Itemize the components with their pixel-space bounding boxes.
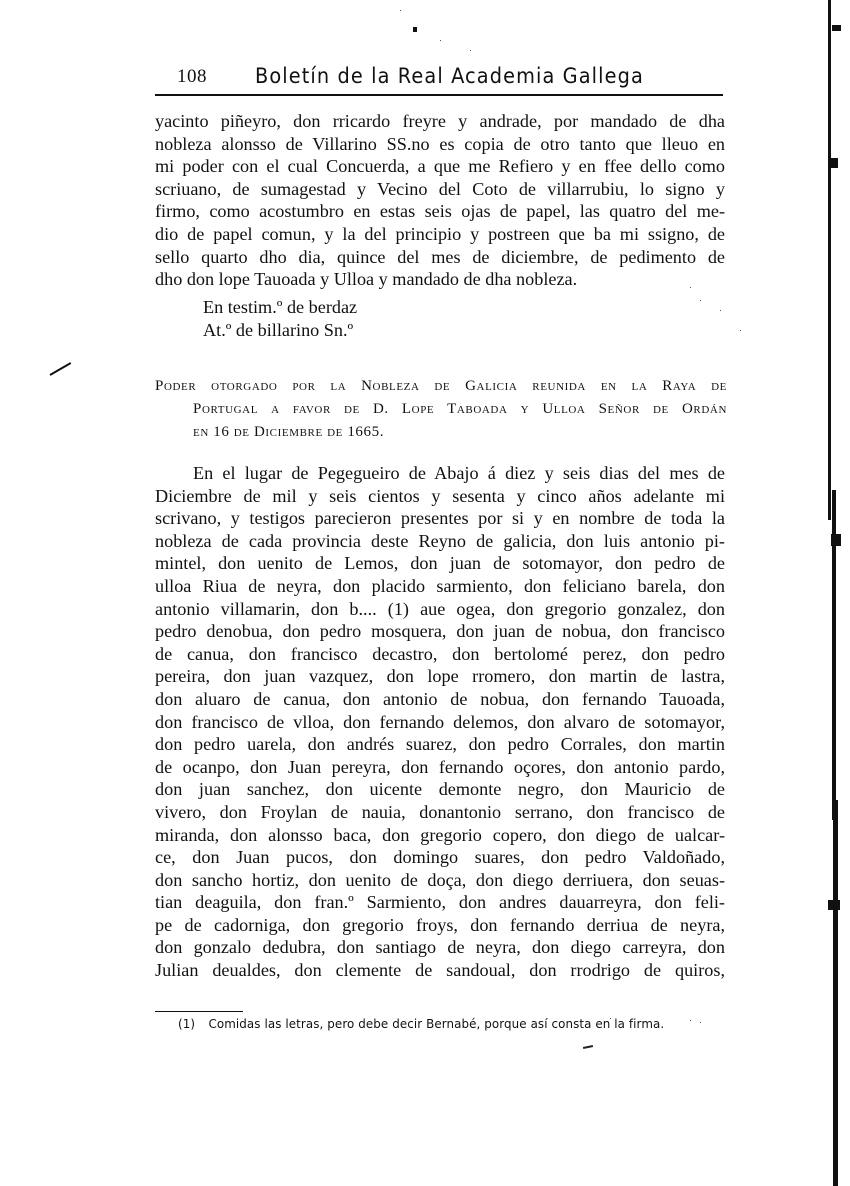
binding-notch — [828, 900, 840, 910]
binding-shadow-line — [833, 800, 838, 1186]
text-line: mintel, don uenito de Lemos, don juan de… — [155, 552, 725, 575]
binding-notch — [830, 158, 838, 168]
header-rule — [155, 94, 723, 96]
footnote-text: Comidas las letras, pero debe decir Bern… — [208, 1016, 664, 1031]
document-page: 108 Boletín de la Real Academia Gallega … — [0, 0, 850, 1186]
continuation-paragraph: yacinto piñeyro, don rricardo freyre y a… — [155, 110, 725, 291]
section-heading: Poder otorgado por la Nobleza de Galicia… — [155, 375, 727, 444]
text-line: pe de cadorniga, don gregorio froys, don… — [155, 914, 725, 937]
text-line: don juan sanchez, don uicente demonte ne… — [155, 778, 725, 801]
text-line: don aluaro de canua, don antonio de nobu… — [155, 688, 725, 711]
signature-block: En testim.º de berdaz At.º de billarino … — [155, 296, 357, 341]
page-number: 108 — [177, 66, 207, 88]
text-line: don pedro uarela, don andrés suarez, don… — [155, 733, 725, 756]
text-line: don sancho hortiz, don uenito de doça, d… — [155, 869, 725, 892]
text-line: dho don lope Tauoada y Ulloa y mandado d… — [155, 268, 725, 291]
text-line: ulloa Riua de neyra, don placido sarmien… — [155, 575, 725, 598]
heading-line: en 16 de Diciembre de 1665. — [155, 421, 727, 444]
binding-shadow-line — [828, 0, 831, 520]
text-line: firmo, como acostumbro en estas seis oja… — [155, 200, 725, 223]
footnote-marker: (1) — [178, 1016, 195, 1031]
text-line: mi poder con el cual Concuerda, a que me… — [155, 155, 725, 178]
stray-pen-mark — [50, 362, 72, 376]
text-line: miranda, don alonsso baca, don gregorio … — [155, 824, 725, 847]
body-paragraph: En el lugar de Pegegueiro de Abajo á die… — [155, 462, 725, 982]
text-line: tian deaguila, don fran.º Sarmiento, don… — [155, 891, 725, 914]
text-line: scrivano, y testigos parecieron presente… — [155, 507, 725, 530]
heading-line: Poder otorgado por la Nobleza de Galicia… — [155, 375, 727, 398]
text-line: ce, don Juan pucos, don domingo suares, … — [155, 846, 725, 869]
text-line: vivero, don Froylan de nauia, donantonio… — [155, 801, 725, 824]
text-line: sello quarto dho dia, quince del mes de … — [155, 246, 725, 269]
running-head: 108 Boletín de la Real Academia Gallega — [155, 64, 725, 94]
binding-notch — [831, 534, 841, 546]
footnote-rule — [155, 1011, 243, 1012]
text-line: yacinto piñeyro, don rricardo freyre y a… — [155, 110, 725, 133]
binding-edge — [828, 0, 850, 1186]
text-line: Diciembre de mil y seis cientos y sesent… — [155, 485, 725, 508]
ink-dash — [583, 1045, 593, 1049]
text-line: nobleza alonsso de Villarino SS.no es co… — [155, 133, 725, 156]
text-line: pereira, don juan vazquez, don lope rrom… — [155, 665, 725, 688]
text-line: dio de papel comun, y la del principio y… — [155, 223, 725, 246]
text-line: de ocanpo, don Juan pereyra, don fernand… — [155, 756, 725, 779]
journal-title: Boletín de la Real Academia Gallega — [255, 64, 644, 88]
signature-line: At.º de billarino Sn.º — [155, 319, 357, 342]
footnote: (1) Comidas las letras, pero debe decir … — [178, 1016, 664, 1031]
signature-line: En testim.º de berdaz — [155, 296, 357, 319]
text-line: antonio villamarin, don b.... (1) aue og… — [155, 598, 725, 621]
heading-line: Portugal a favor de D. Lope Taboada y Ul… — [155, 398, 727, 421]
text-line: pedro denobua, don pedro mosquera, don j… — [155, 620, 725, 643]
text-line: don gonzalo dedubra, don santiago de ney… — [155, 936, 725, 959]
text-line: de canua, don francisco decastro, don be… — [155, 643, 725, 666]
text-line: don francisco de vlloa, don fernando del… — [155, 711, 725, 734]
text-line: scriuano, de sumagestad y Vecino del Cot… — [155, 178, 725, 201]
ink-speck — [413, 27, 417, 32]
text-line: Julian deualdes, don clemente de sandoua… — [155, 959, 725, 982]
text-line: nobleza de cada provincia deste Reyno de… — [155, 530, 725, 553]
text-line: En el lugar de Pegegueiro de Abajo á die… — [155, 462, 725, 485]
binding-notch — [832, 25, 841, 31]
